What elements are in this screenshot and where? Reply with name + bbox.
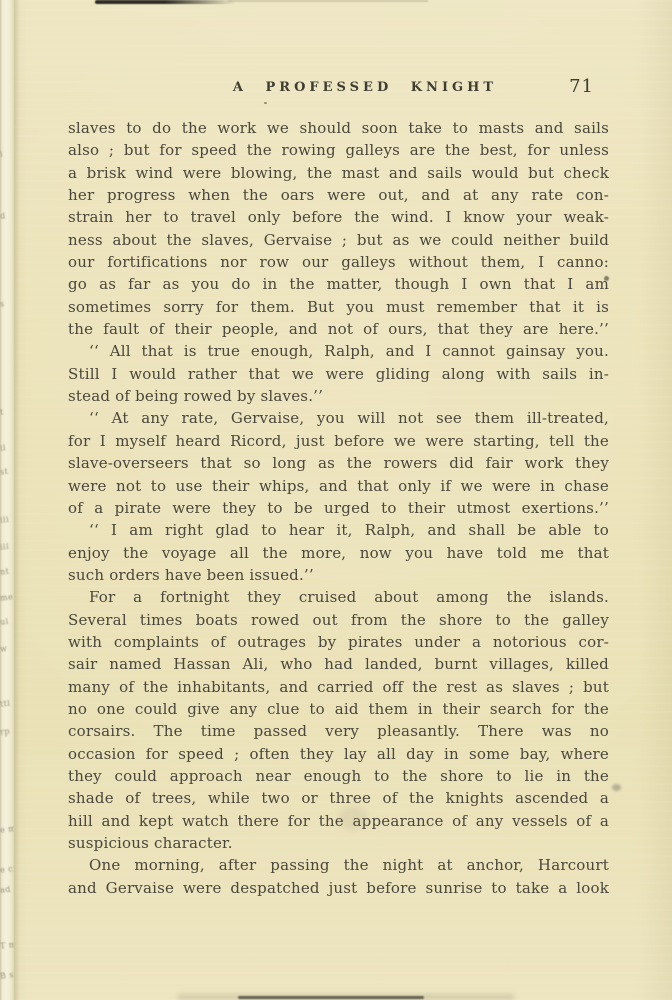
text-line: occasion for speed ; often they lay all … <box>68 743 609 765</box>
text-line: strain her to travel only before the win… <box>68 206 609 228</box>
text-line: enjoy the voyage all the more, now you h… <box>68 542 609 564</box>
text-line: One morning, after passing the night at … <box>68 854 609 876</box>
text-line: many of the inhabitants, and carried off… <box>68 676 609 698</box>
ghost-text-fragment: me <box>0 593 14 603</box>
running-head-title: A PROFESSED KNIGHT <box>95 80 635 95</box>
text-line: ‘‘ All that is true enough, Ralph, and I… <box>68 340 609 362</box>
ghost-text-fragment: s <box>0 299 14 309</box>
text-line: ness about the slaves, Gervaise ; but as… <box>68 229 609 251</box>
text-line: sair named Hassan Ali, who had landed, b… <box>68 653 609 675</box>
text-line: sometimes sorry for them. But you must r… <box>68 296 609 318</box>
text-line: shade of trees, while two or three of th… <box>68 787 609 809</box>
text-line: corsairs. The time passed very pleasantl… <box>68 720 609 742</box>
text-line: also ; but for speed the rowing galleys … <box>68 139 609 161</box>
text-line: Still I would rather that we were glidin… <box>68 363 609 385</box>
scan-edge-mark-top <box>95 0 235 4</box>
text-line: For a fortnight they cruised about among… <box>68 586 609 608</box>
ghost-text-fragment: w <box>0 644 14 654</box>
text-line: for I myself heard Ricord, just before w… <box>68 430 609 452</box>
text-line: Several times boats rowed out from the s… <box>68 609 609 631</box>
ink-speck <box>264 102 267 104</box>
ghost-text-fragment: d <box>0 211 14 221</box>
ghost-text-fragment: il <box>0 443 14 453</box>
ghost-text-fragment: ad t <box>0 885 14 895</box>
text-line: go as far as you do in the matter, thoug… <box>68 273 609 295</box>
ghost-text-fragment: B sa <box>0 971 14 981</box>
text-line: were not to use their whips, and that on… <box>68 475 609 497</box>
text-line: and Gervaise were despatched just before… <box>68 877 609 899</box>
text-line: of a pirate were they to be urged to the… <box>68 497 609 519</box>
paper-spot <box>604 276 609 281</box>
paper-smudge <box>612 784 621 791</box>
ghost-text-fragment: t <box>0 407 14 417</box>
body-text: slaves to do the work we should soon tak… <box>68 117 609 899</box>
text-line: slaves to do the work we should soon tak… <box>68 117 609 139</box>
ghost-text-fragment: ttl <box>0 699 14 709</box>
paper-stain <box>338 806 368 830</box>
text-line: our fortifications nor row our galleys w… <box>68 251 609 273</box>
ghost-text-fragment: ill <box>0 542 14 552</box>
text-line: no one could give any clue to aid them i… <box>68 698 609 720</box>
gutter-shadow <box>14 0 20 1000</box>
text-line: they could approach near enough to the s… <box>68 765 609 787</box>
scan-edge-mark-bottom <box>238 996 424 999</box>
ghost-text-fragment: rp <box>0 727 14 737</box>
ghost-text-fragment: lli <box>0 515 14 525</box>
text-line: ‘‘ At any rate, Gervaise, you will not s… <box>68 407 609 429</box>
ghost-text-fragment: nt <box>0 567 14 577</box>
ghost-text-fragment: T m <box>0 941 14 951</box>
running-header: A PROFESSED KNIGHT 71 <box>68 80 608 102</box>
text-line: such orders have been issued.’’ <box>68 564 609 586</box>
ghost-text-fragment: ul <box>0 617 14 627</box>
text-line: her progress when the oars were out, and… <box>68 184 609 206</box>
underlying-page-edge: idstilstlliillntmeulwttlrpe mie croad tT… <box>0 0 14 1000</box>
text-line: slave-overseers that so long as the rowe… <box>68 452 609 474</box>
text-line: the fault of their people, and not of ou… <box>68 318 609 340</box>
text-line: stead of being rowed by slaves.’’ <box>68 385 609 407</box>
scanned-book-page: idstilstlliillntmeulwttlrpe mie croad tT… <box>0 0 672 1000</box>
text-line: with complaints of outrages by pirates u… <box>68 631 609 653</box>
text-line: a brisk wind were blowing, the mast and … <box>68 162 609 184</box>
ghost-text-fragment: st <box>0 467 14 477</box>
ghost-text-fragment: i <box>0 149 14 159</box>
text-line: suspicious character. <box>68 832 609 854</box>
ghost-text-fragment: e mi <box>0 825 14 835</box>
scan-edge-mark-top-faint <box>228 0 428 2</box>
page-number: 71 <box>569 76 594 97</box>
text-line: ‘‘ I am right glad to hear it, Ralph, an… <box>68 519 609 541</box>
ghost-text-fragment: e cro <box>0 865 14 875</box>
